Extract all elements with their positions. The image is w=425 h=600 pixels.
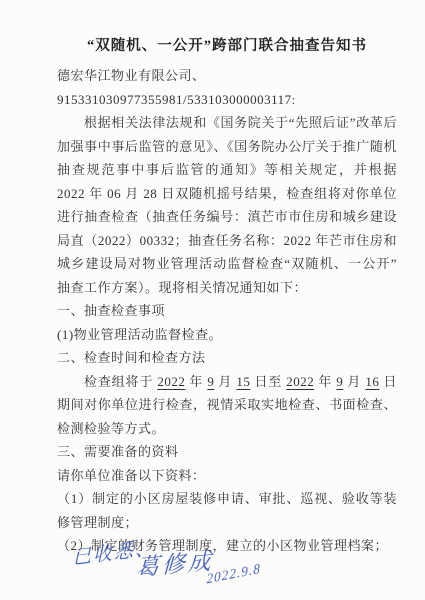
underlined-year: 2022 bbox=[157, 374, 185, 389]
time-text-segment: 年 bbox=[314, 374, 336, 389]
section3-item-2: （2）制定的财务管理制度，建立的小区物业管理档案； bbox=[57, 534, 397, 558]
underlined-year: 2022 bbox=[286, 374, 314, 389]
time-text-segment: 日至 bbox=[250, 374, 286, 389]
section3-intro: 请你单位准备以下资料： bbox=[57, 464, 397, 488]
handwritten-date: 2022.9.8 bbox=[206, 561, 261, 588]
time-text-segment: 月 bbox=[343, 374, 365, 389]
section3-heading: 三、需要准备的资料 bbox=[57, 440, 397, 464]
document-body: “双随机、一公开”跨部门联合抽查告知书 德宏华江物业有限公司、 91533103… bbox=[57, 36, 397, 558]
section2-time-paragraph: 检查组将于 2022 年 9 月 15 日至 2022 年 9 月 16 日期间… bbox=[57, 370, 397, 441]
credit-code-line: 915331030977355981/533103000003117: bbox=[57, 88, 397, 112]
section1-heading: 一、抽查检查事项 bbox=[57, 299, 397, 323]
section1-item: (1)物业管理活动监督检查。 bbox=[57, 323, 397, 347]
time-text-segment: 检查组将于 bbox=[84, 374, 157, 389]
time-text-segment: 月 bbox=[214, 374, 236, 389]
document-title: “双随机、一公开”跨部门联合抽查告知书 bbox=[43, 36, 411, 56]
underlined-day: 15 bbox=[236, 374, 250, 389]
section2-heading: 二、检查时间和检查方法 bbox=[57, 346, 397, 370]
time-text-segment: 年 bbox=[185, 374, 207, 389]
intro-paragraph: 根据相关法律法规和《国务院关于“先照后证”改革后加强事中事后监管的意见》、《国务… bbox=[57, 111, 397, 299]
addressee-line: 德宏华江物业有限公司、 bbox=[57, 64, 397, 88]
section3-item-1: （1）制定的小区房屋装修申请、审批、巡视、验收等装修管理制度； bbox=[57, 487, 397, 534]
underlined-day: 16 bbox=[365, 374, 379, 389]
scanned-notice-page: “双随机、一公开”跨部门联合抽查告知书 德宏华江物业有限公司、 91533103… bbox=[0, 0, 425, 600]
